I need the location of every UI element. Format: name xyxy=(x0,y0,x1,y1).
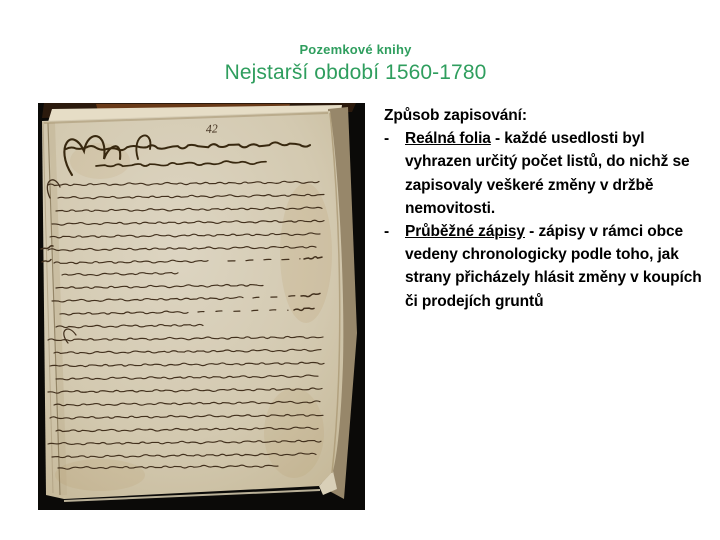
bullet-text: Reálná folia - každé usedlosti byl vyhra… xyxy=(405,127,715,220)
bullet-dash: - xyxy=(384,127,405,150)
bullet-item-realna-folia: - Reálná folia - každé usedlosti byl vyh… xyxy=(384,127,720,220)
manuscript-photo-svg: 42 xyxy=(38,103,365,510)
slide-title: Nejstarší období 1560-1780 xyxy=(0,60,711,85)
bullet-item-prubezne-zapisy: - Průběžné zápisy - zápisy v rámci obce … xyxy=(384,220,720,313)
bullet-term: Reálná folia xyxy=(405,130,491,147)
bullet-dash: - xyxy=(384,220,405,243)
slide-header: Pozemkové knihy Nejstarší období 1560-17… xyxy=(0,42,711,85)
bullet-text: Průběžné zápisy - zápisy v rámci obce ve… xyxy=(405,220,715,313)
manuscript-page-number: 42 xyxy=(205,121,218,136)
body-text-block: Způsob zapisování: - Reálná folia - každ… xyxy=(384,104,720,313)
slide: Pozemkové knihy Nejstarší období 1560-17… xyxy=(0,0,720,540)
slide-kicker: Pozemkové knihy xyxy=(0,42,711,57)
manuscript-image: 42 xyxy=(38,103,365,510)
bullet-term: Průběžné zápisy xyxy=(405,223,525,240)
body-heading: Způsob zapisování: xyxy=(384,104,720,127)
paper-stain xyxy=(280,183,332,323)
